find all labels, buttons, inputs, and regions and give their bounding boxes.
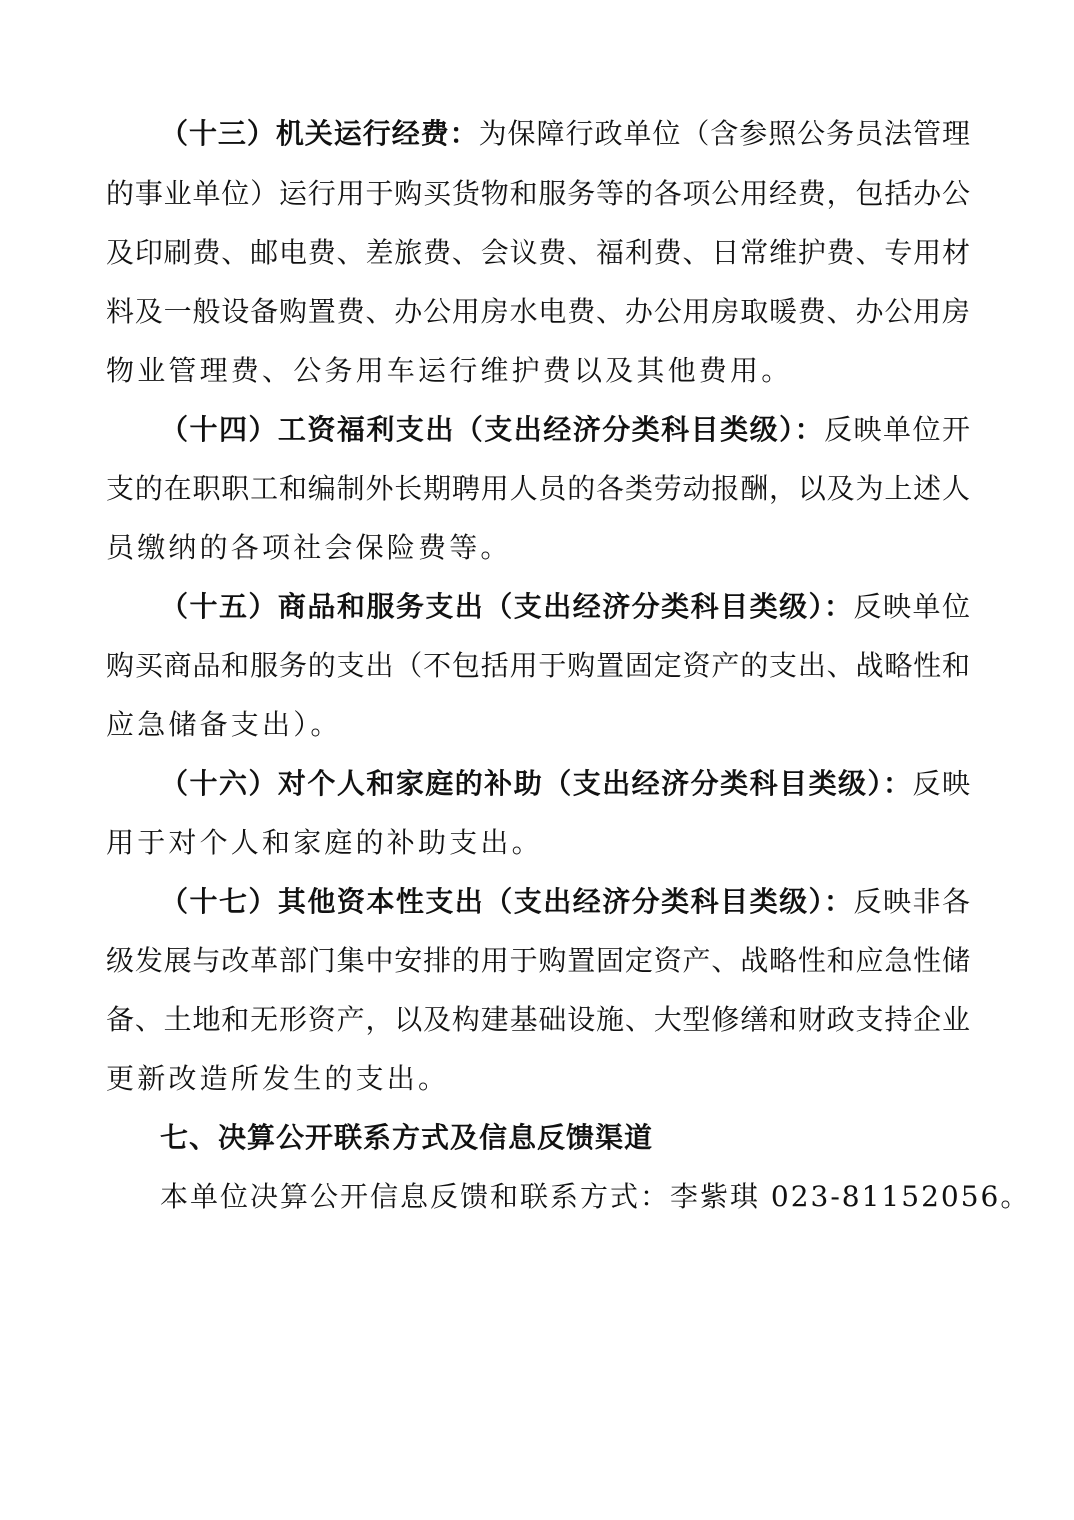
section-15-title: （十五）商品和服务支出（支出经济分类科目类级）： [160, 590, 854, 623]
section-15-line: 应急储备支出）。 [106, 707, 970, 743]
section-13-first-line: （十三）机关运行经费：为保障行政单位（含参照公务员法管理 [160, 116, 970, 152]
section-13-line: 的事业单位）运行用于购买货物和服务等的各项公用经费，包括办公 [106, 176, 970, 212]
section-16-title: （十六）对个人和家庭的补助（支出经济分类科目类级）： [160, 767, 913, 800]
section-17-line: 更新改造所发生的支出。 [106, 1061, 970, 1097]
section-14-text: 反映单位开 [824, 413, 970, 446]
section-17-text: 反映非各 [854, 885, 970, 918]
section-17-line: 备、土地和无形资产，以及构建基础设施、大型修缮和财政支持企业 [106, 1002, 970, 1038]
contact-text: 本单位决算公开信息反馈和联系方式：李紫琪 023-81152056。 [160, 1179, 970, 1215]
section-17-title: （十七）其他资本性支出（支出经济分类科目类级）： [160, 885, 854, 918]
section-13-line: 及印刷费、邮电费、差旅费、会议费、福利费、日常维护费、专用材 [106, 235, 970, 271]
section-15-text: 反映单位 [854, 590, 970, 623]
section-14-first-line: （十四）工资福利支出（支出经济分类科目类级）：反映单位开 [160, 412, 970, 448]
section-17-first-line: （十七）其他资本性支出（支出经济分类科目类级）：反映非各 [160, 884, 970, 920]
section-16-line: 用于对个人和家庭的补助支出。 [106, 825, 970, 861]
document-page: （十三）机关运行经费：为保障行政单位（含参照公务员法管理 的事业单位）运行用于购… [0, 0, 1074, 1520]
section-13-text: 为保障行政单位（含参照公务员法管理 [479, 117, 970, 150]
section-14-line: 员缴纳的各项社会保险费等。 [106, 530, 970, 566]
section-13-line: 料及一般设备购置费、办公用房水电费、办公用房取暖费、办公用房 [106, 294, 970, 330]
section-13-line: 物业管理费、公务用车运行维护费以及其他费用。 [106, 353, 970, 389]
section-15-first-line: （十五）商品和服务支出（支出经济分类科目类级）：反映单位 [160, 589, 970, 625]
section-13-title: （十三）机关运行经费： [160, 117, 479, 150]
section-16-text: 反映 [913, 767, 970, 800]
section-17-line: 级发展与改革部门集中安排的用于购置固定资产、战略性和应急性储 [106, 943, 970, 979]
section-15-line: 购买商品和服务的支出（不包括用于购置固定资产的支出、战略性和 [106, 648, 970, 684]
section-14-line: 支的在职职工和编制外长期聘用人员的各类劳动报酬，以及为上述人 [106, 471, 970, 507]
section-14-title: （十四）工资福利支出（支出经济分类科目类级）： [160, 413, 824, 446]
section-16-first-line: （十六）对个人和家庭的补助（支出经济分类科目类级）：反映 [160, 766, 970, 802]
contact-heading: 七、决算公开联系方式及信息反馈渠道 [160, 1120, 970, 1156]
